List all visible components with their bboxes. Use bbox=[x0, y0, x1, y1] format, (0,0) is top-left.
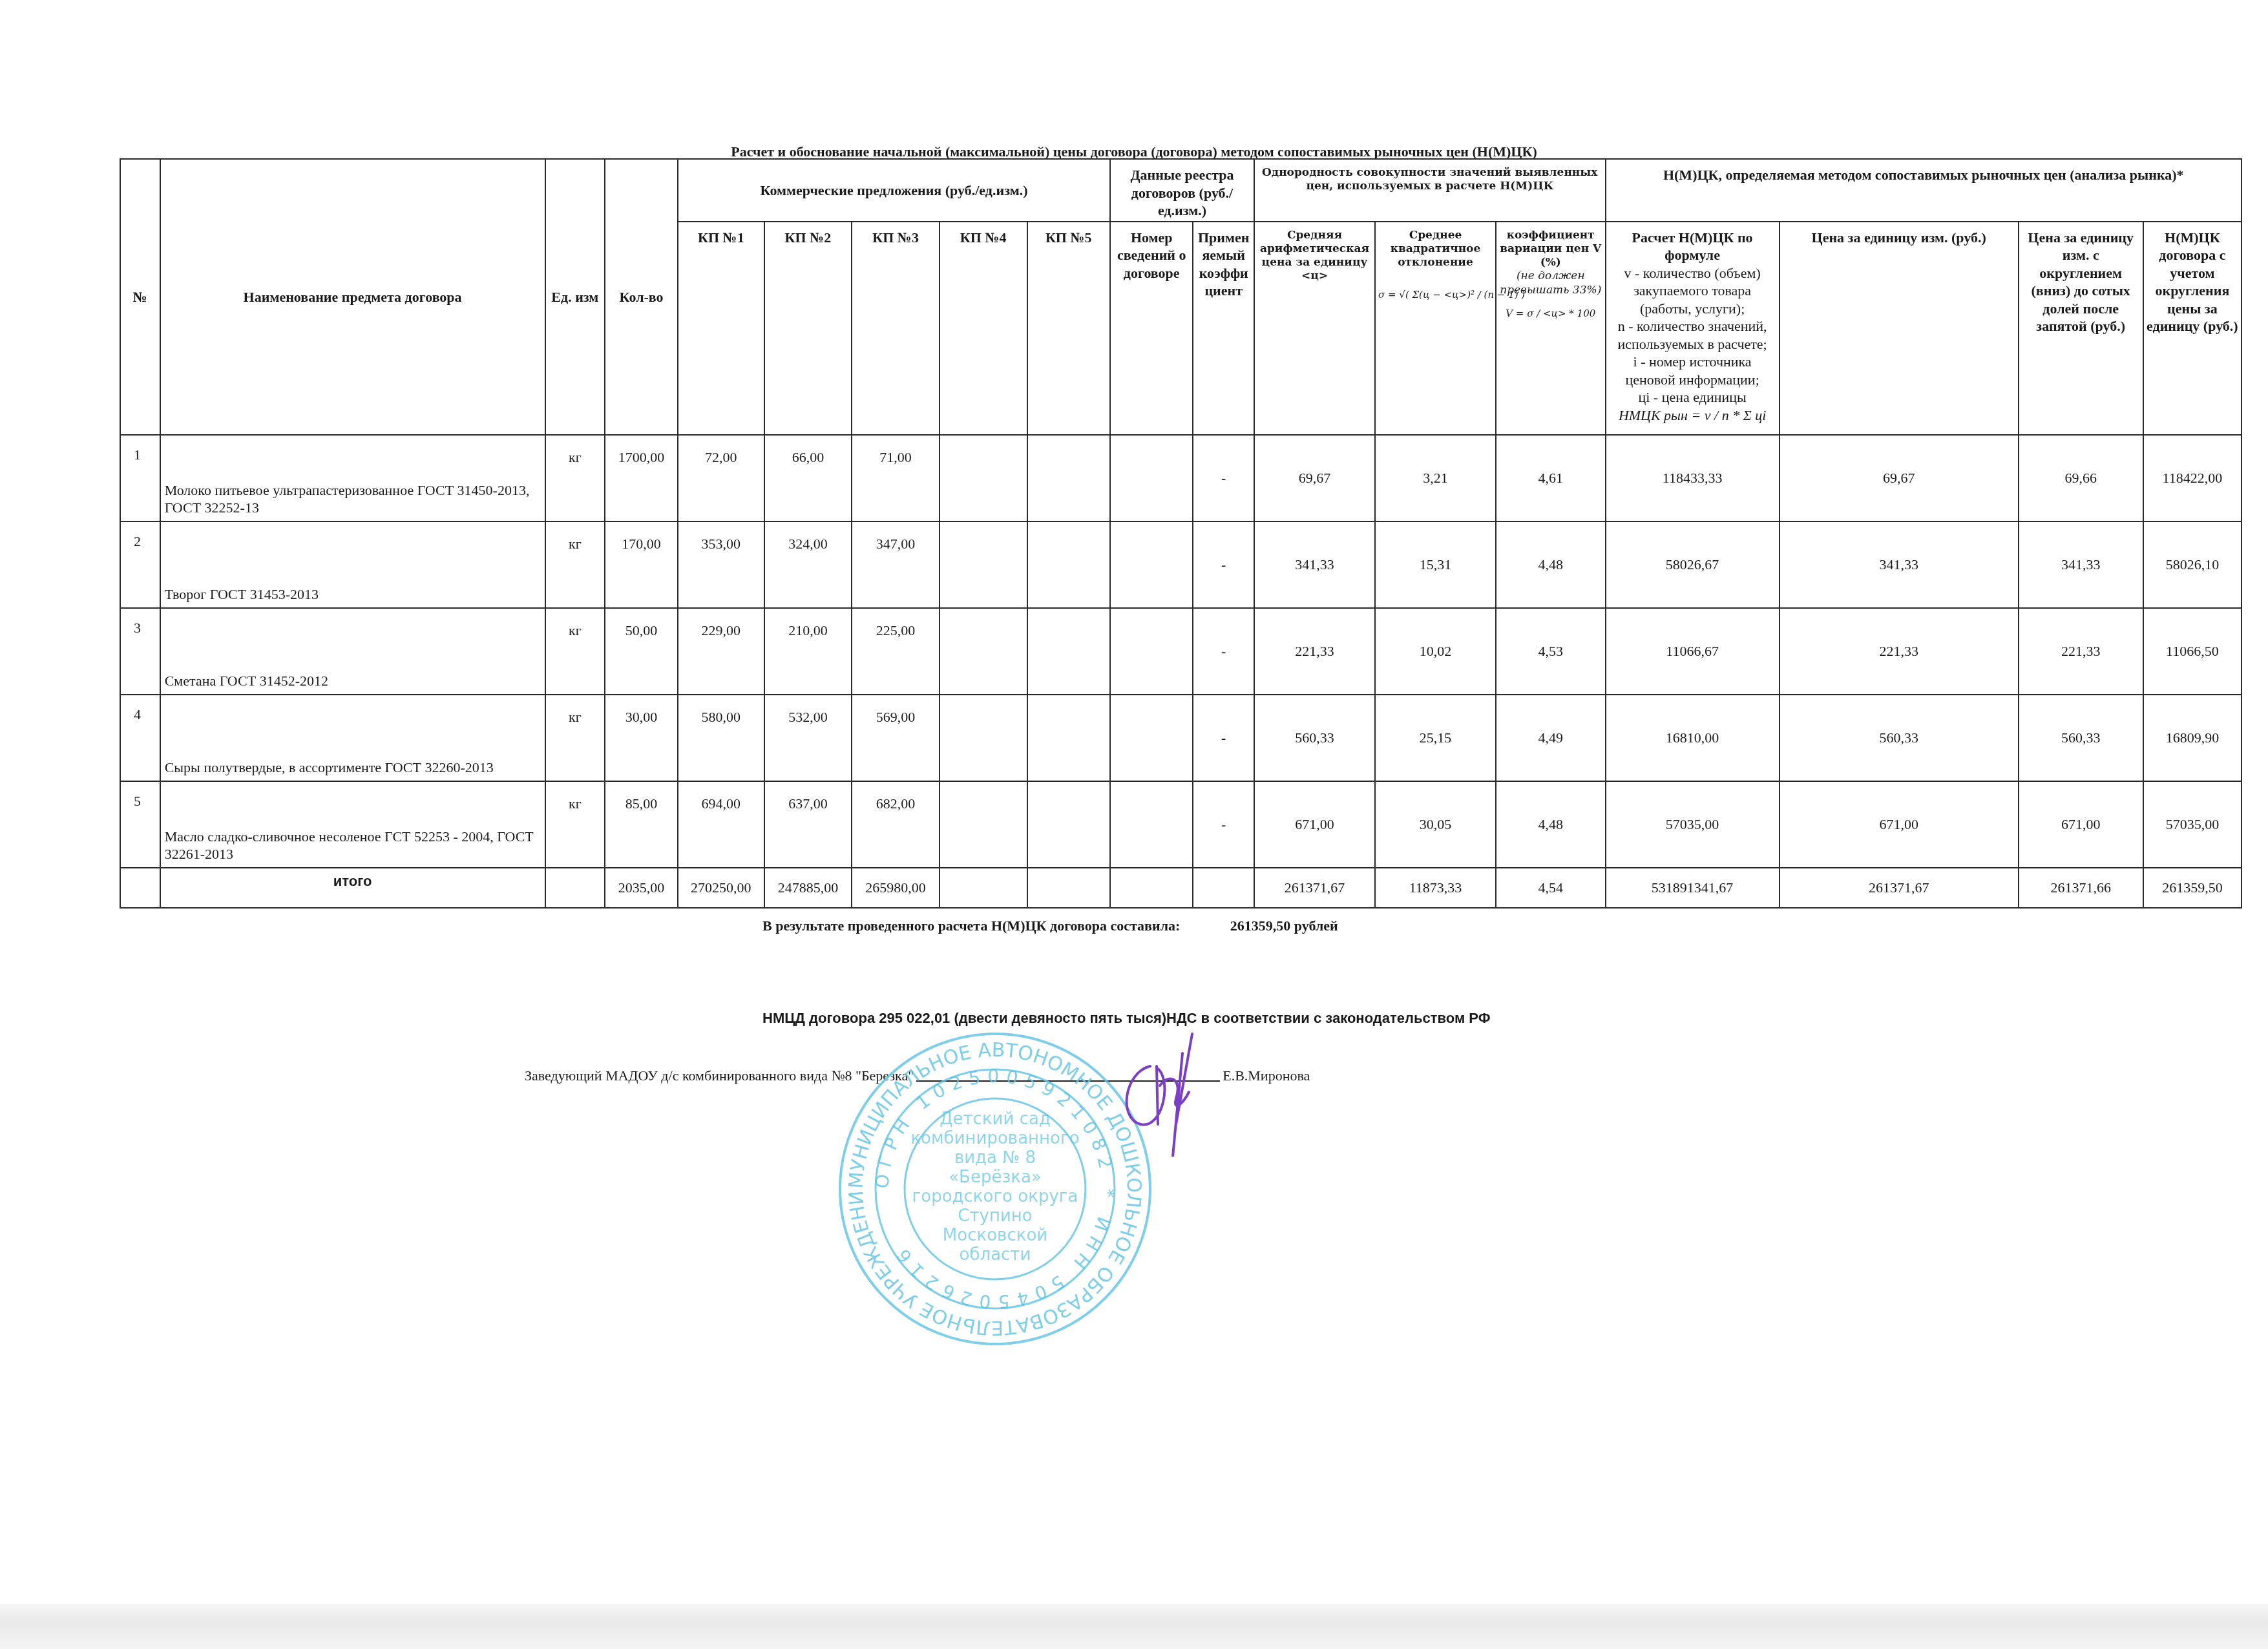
header-row-1: № Наименование предмета договора Ед. изм… bbox=[120, 159, 2242, 222]
row-kp-3: 347,00 bbox=[852, 521, 940, 608]
header-homogeneity-group: Однородность совокупности значений выявл… bbox=[1254, 159, 1606, 222]
row-name: Творог ГОСТ 31453-2013 bbox=[160, 521, 545, 608]
row-kp-1: 72,00 bbox=[678, 435, 764, 521]
row-calc: 118433,33 bbox=[1606, 435, 1780, 521]
row-qty: 85,00 bbox=[605, 781, 678, 868]
signature-line: Заведующий МАДОУ д/с комбинированного ви… bbox=[525, 1067, 1310, 1084]
row-mean: 341,33 bbox=[1254, 521, 1375, 608]
row-name: Молоко питьевое ультрапастеризованное ГО… bbox=[160, 435, 545, 521]
header-registry-coef: Применяемый коэффициент bbox=[1193, 222, 1254, 435]
header-calc: Расчет Н(М)ЦК по формуле v - количество … bbox=[1606, 222, 1780, 435]
row-unit-price: 671,00 bbox=[1780, 781, 2019, 868]
total-stddev: 11873,33 bbox=[1375, 868, 1496, 908]
total-kp-4 bbox=[940, 868, 1027, 908]
header-name: Наименование предмета договора bbox=[160, 159, 545, 435]
header-kp-1: КП №1 bbox=[678, 222, 764, 435]
total-kp-5 bbox=[1027, 868, 1111, 908]
svg-text:Московской: Московской bbox=[943, 1226, 1047, 1245]
row-kp-1: 580,00 bbox=[678, 695, 764, 781]
row-kp-4 bbox=[940, 521, 1027, 608]
row-unit-price: 341,33 bbox=[1780, 521, 2019, 608]
row-kp-5 bbox=[1027, 435, 1111, 521]
row-kp-2: 637,00 bbox=[764, 781, 852, 868]
result-text: В результате проведенного расчета Н(М)ЦК… bbox=[762, 918, 1180, 934]
header-unit: Ед. изм bbox=[545, 159, 605, 435]
total-nmck: 261359,50 bbox=[2143, 868, 2242, 908]
total-qty: 2035,00 bbox=[605, 868, 678, 908]
row-variation: 4,48 bbox=[1496, 521, 1606, 608]
row-unit-price-rounded: 560,33 bbox=[2019, 695, 2143, 781]
row-unit-price: 221,33 bbox=[1780, 608, 2019, 695]
row-num: 5 bbox=[120, 781, 160, 868]
svg-text:вида № 8: вида № 8 bbox=[954, 1148, 1036, 1168]
header-num: № bbox=[120, 159, 160, 435]
svg-text:городского округа: городского округа bbox=[912, 1187, 1078, 1206]
total-kp-1: 270250,00 bbox=[678, 868, 764, 908]
signature-icon bbox=[1111, 1027, 1221, 1157]
row-stddev: 30,05 bbox=[1375, 781, 1496, 868]
total-kp-2: 247885,00 bbox=[764, 868, 852, 908]
row-num: 3 bbox=[120, 608, 160, 695]
header-registry-number: Номер сведений о договоре bbox=[1110, 222, 1193, 435]
row-unit-price: 560,33 bbox=[1780, 695, 2019, 781]
nmck-table: № Наименование предмета договора Ед. изм… bbox=[120, 158, 2242, 909]
row-kp-5 bbox=[1027, 695, 1111, 781]
row-nmck: 11066,50 bbox=[2143, 608, 2242, 695]
row-nmck: 118422,00 bbox=[2143, 435, 2242, 521]
row-kp-4 bbox=[940, 435, 1027, 521]
signatory-position: Заведующий МАДОУ д/с комбинированного ви… bbox=[525, 1067, 914, 1084]
table-row: 3Сметана ГОСТ 31452-2012кг50,00229,00210… bbox=[120, 608, 2242, 695]
total-num bbox=[120, 868, 160, 908]
row-registry-number bbox=[1110, 435, 1193, 521]
row-qty: 30,00 bbox=[605, 695, 678, 781]
header-registry-group: Данные реестра договоров (руб./ед.изм.) bbox=[1110, 159, 1254, 222]
row-variation: 4,49 bbox=[1496, 695, 1606, 781]
row-calc: 16810,00 bbox=[1606, 695, 1780, 781]
row-stddev: 10,02 bbox=[1375, 608, 1496, 695]
row-unit: кг bbox=[545, 608, 605, 695]
total-mean: 261371,67 bbox=[1254, 868, 1375, 908]
svg-text:Ступино: Ступино bbox=[958, 1206, 1033, 1226]
total-row: итого 2035,00 270250,00 247885,00 265980… bbox=[120, 868, 2242, 908]
row-kp-3: 71,00 bbox=[852, 435, 940, 521]
row-registry-coef: - bbox=[1193, 781, 1254, 868]
total-reg-coef bbox=[1193, 868, 1254, 908]
row-name: Масло сладко-сливочное несоленое ГСТ 522… bbox=[160, 781, 545, 868]
total-label: итого bbox=[160, 868, 545, 908]
row-unit: кг bbox=[545, 521, 605, 608]
total-unit-price: 261371,67 bbox=[1780, 868, 2019, 908]
row-registry-coef: - bbox=[1193, 608, 1254, 695]
header-kp-3: КП №3 bbox=[852, 222, 940, 435]
row-unit: кг bbox=[545, 435, 605, 521]
row-unit: кг bbox=[545, 695, 605, 781]
row-registry-number bbox=[1110, 781, 1193, 868]
row-qty: 50,00 bbox=[605, 608, 678, 695]
header-nmck-group: Н(М)ЦК, определяемая методом сопоставимы… bbox=[1606, 159, 2242, 222]
header-unit-price-rounded: Цена за единицу изм. с округлением (вниз… bbox=[2019, 222, 2143, 435]
row-kp-5 bbox=[1027, 608, 1111, 695]
table-row: 5Масло сладко-сливочное несоленое ГСТ 52… bbox=[120, 781, 2242, 868]
row-kp-2: 532,00 bbox=[764, 695, 852, 781]
row-kp-4 bbox=[940, 781, 1027, 868]
row-registry-coef: - bbox=[1193, 435, 1254, 521]
row-num: 4 bbox=[120, 695, 160, 781]
header-calc-title: Расчет Н(М)ЦК по формуле bbox=[1609, 229, 1776, 264]
table-row: 1Молоко питьевое ультрапастеризованное Г… bbox=[120, 435, 2242, 521]
row-registry-number bbox=[1110, 608, 1193, 695]
row-kp-3: 682,00 bbox=[852, 781, 940, 868]
row-variation: 4,61 bbox=[1496, 435, 1606, 521]
header-kp-4: КП №4 bbox=[940, 222, 1027, 435]
calc-desc-ci: цi - цена единицы bbox=[1609, 388, 1776, 406]
row-nmck: 57035,00 bbox=[2143, 781, 2242, 868]
row-mean: 69,67 bbox=[1254, 435, 1375, 521]
header-stddev: Среднее квадратичное отклонение σ = √( Σ… bbox=[1375, 222, 1496, 435]
header-mean: Средняя арифметическая цена за единицу <… bbox=[1254, 222, 1375, 435]
calc-desc-n: n - количество значений, используемых в … bbox=[1609, 317, 1776, 353]
row-calc: 11066,67 bbox=[1606, 608, 1780, 695]
variation-note: (не должен превышать 33%) bbox=[1499, 269, 1602, 297]
row-num: 2 bbox=[120, 521, 160, 608]
calc-formula: НМЦК рын = v / n * Σ цi bbox=[1609, 406, 1776, 425]
scan-edge bbox=[0, 1604, 2268, 1649]
row-unit-price-rounded: 69,66 bbox=[2019, 435, 2143, 521]
row-qty: 170,00 bbox=[605, 521, 678, 608]
row-kp-5 bbox=[1027, 781, 1111, 868]
header-kp-5: КП №5 bbox=[1027, 222, 1111, 435]
row-mean: 560,33 bbox=[1254, 695, 1375, 781]
row-name: Сметана ГОСТ 31452-2012 bbox=[160, 608, 545, 695]
calc-desc-i: i - номер источника ценовой информации; bbox=[1609, 353, 1776, 388]
row-unit-price-rounded: 671,00 bbox=[2019, 781, 2143, 868]
svg-text:области: области bbox=[960, 1245, 1031, 1265]
result-line: В результате проведенного расчета Н(М)ЦК… bbox=[762, 918, 1338, 934]
table-body: 1Молоко питьевое ультрапастеризованное Г… bbox=[120, 435, 2242, 868]
row-kp-4 bbox=[940, 695, 1027, 781]
nmcd-statement: НМЦД договора 295 022,01 (двести девянос… bbox=[762, 1010, 1602, 1027]
table-row: 4Сыры полутвердые, в ассортименте ГОСТ 3… bbox=[120, 695, 2242, 781]
header-kp-2: КП №2 bbox=[764, 222, 852, 435]
row-registry-coef: - bbox=[1193, 521, 1254, 608]
row-stddev: 25,15 bbox=[1375, 695, 1496, 781]
signatory-name: Е.В.Миронова bbox=[1223, 1067, 1310, 1084]
svg-text:комбинированного: комбинированного bbox=[910, 1129, 1079, 1148]
header-stddev-label: Среднее квадратичное отклонение bbox=[1378, 229, 1493, 270]
row-calc: 58026,67 bbox=[1606, 521, 1780, 608]
header-unit-price: Цена за единицу изм. (руб.) bbox=[1780, 222, 2019, 435]
row-kp-2: 324,00 bbox=[764, 521, 852, 608]
row-kp-3: 569,00 bbox=[852, 695, 940, 781]
header-variation: коэффициент вариации цен V (%) (не долже… bbox=[1496, 222, 1606, 435]
row-kp-5 bbox=[1027, 521, 1111, 608]
header-qty: Кол-во bbox=[605, 159, 678, 435]
row-nmck: 16809,90 bbox=[2143, 695, 2242, 781]
row-mean: 671,00 bbox=[1254, 781, 1375, 868]
row-kp-2: 66,00 bbox=[764, 435, 852, 521]
row-registry-coef: - bbox=[1193, 695, 1254, 781]
calc-desc-v: v - количество (объем) закупаемого товар… bbox=[1609, 264, 1776, 318]
row-stddev: 3,21 bbox=[1375, 435, 1496, 521]
total-variation: 4,54 bbox=[1496, 868, 1606, 908]
svg-text:ОГРН 1025005921082 * ИНН 50450: ОГРН 1025005921082 * ИНН 5045026216 bbox=[871, 1066, 1118, 1313]
row-unit: кг bbox=[545, 781, 605, 868]
table-row: 2Творог ГОСТ 31453-2013кг170,00353,00324… bbox=[120, 521, 2242, 608]
row-num: 1 bbox=[120, 435, 160, 521]
row-calc: 57035,00 bbox=[1606, 781, 1780, 868]
row-mean: 221,33 bbox=[1254, 608, 1375, 695]
svg-text:Детский сад: Детский сад bbox=[940, 1109, 1051, 1129]
row-unit-price: 69,67 bbox=[1780, 435, 2019, 521]
header-commercial-group: Коммерческие предложения (руб./ед.изм.) bbox=[678, 159, 1110, 222]
total-kp-3: 265980,00 bbox=[852, 868, 940, 908]
total-unit-price-rounded: 261371,66 bbox=[2019, 868, 2143, 908]
row-kp-4 bbox=[940, 608, 1027, 695]
signature-rule bbox=[916, 1079, 1220, 1082]
row-name: Сыры полутвердые, в ассортименте ГОСТ 32… bbox=[160, 695, 545, 781]
total-reg-num bbox=[1110, 868, 1193, 908]
row-kp-2: 210,00 bbox=[764, 608, 852, 695]
row-unit-price-rounded: 341,33 bbox=[2019, 521, 2143, 608]
row-kp-1: 694,00 bbox=[678, 781, 764, 868]
header-nmck-contract: Н(М)ЦК договора с учетом округления цены… bbox=[2143, 222, 2242, 435]
row-nmck: 58026,10 bbox=[2143, 521, 2242, 608]
row-kp-1: 353,00 bbox=[678, 521, 764, 608]
header-variation-label: коэффициент вариации цен V (%) bbox=[1499, 229, 1602, 270]
row-stddev: 15,31 bbox=[1375, 521, 1496, 608]
total-calc: 531891341,67 bbox=[1606, 868, 1780, 908]
svg-text:«Берёзка»: «Берёзка» bbox=[949, 1168, 1042, 1187]
row-registry-number bbox=[1110, 695, 1193, 781]
variation-formula: V = σ / <ц> * 100 bbox=[1499, 308, 1602, 320]
stddev-formula: σ = √( Σ(ц − <ц>)² / (n − 1) ) bbox=[1378, 289, 1493, 301]
total-unit bbox=[545, 868, 605, 908]
row-qty: 1700,00 bbox=[605, 435, 678, 521]
row-kp-3: 225,00 bbox=[852, 608, 940, 695]
row-registry-number bbox=[1110, 521, 1193, 608]
result-value: 261359,50 рублей bbox=[1230, 918, 1338, 934]
row-variation: 4,48 bbox=[1496, 781, 1606, 868]
row-kp-1: 229,00 bbox=[678, 608, 764, 695]
row-unit-price-rounded: 221,33 bbox=[2019, 608, 2143, 695]
row-variation: 4,53 bbox=[1496, 608, 1606, 695]
